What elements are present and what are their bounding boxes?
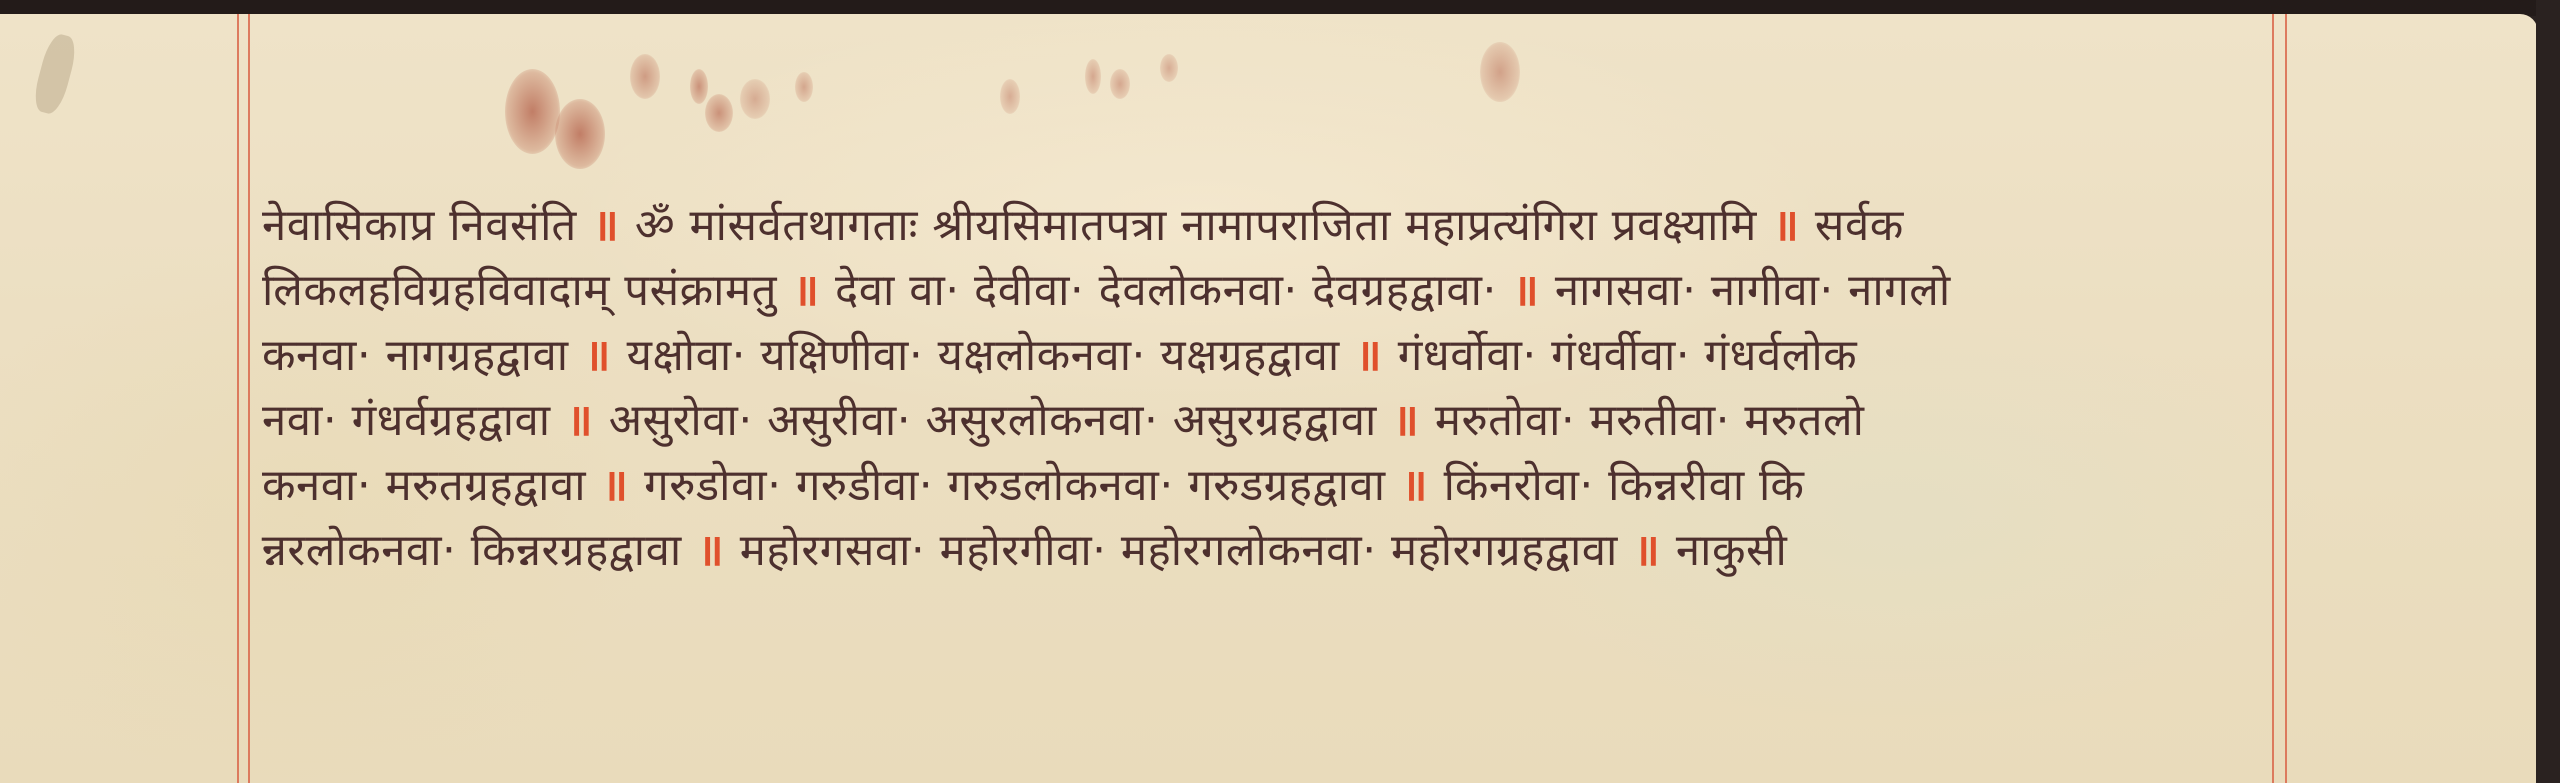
text-segment: ॐ मांसर्वतथागताः श्रीयसिमातपत्रा नामापरा… [635,200,1757,251]
text-segment: असुरोवा· असुरीवा· असुरलोकनवा· असुरग्रहद्… [609,395,1377,446]
double-danda-rubric: ॥ [1757,200,1815,251]
double-danda-rubric: ॥ [682,525,740,576]
paper-stain [1480,42,1520,102]
paper-stain [1000,79,1020,114]
text-segment: नागसवा· नागीवा· नागलो [1555,265,1951,316]
text-segment: नेवासिकाप्र निवसंति [262,200,577,251]
text-segment: किंनरोवा· किन्नरीवा कि [1444,460,1805,511]
manuscript-text: नेवासिकाप्र निवसंति ॥ ॐ मांसर्वतथागताः श… [262,196,2272,586]
paper-stain [795,72,813,102]
manuscript-line: लिकलहविग्रहविवादाम् पसंक्रामतु ॥ देवा वा… [262,261,2257,326]
paper-stain [30,31,80,116]
double-danda-rubric: ॥ [777,265,835,316]
manuscript-line: नेवासिकाप्र निवसंति ॥ ॐ मांसर्वतथागताः श… [262,196,2257,261]
text-segment: गरुडोवा· गरुडीवा· गरुडलोकनवा· गरुडग्रहद्… [644,460,1385,511]
margin-rule-right-outer [2285,14,2287,783]
manuscript-line: कनवा· नागग्रहद्वावा ॥ यक्षोवा· यक्षिणीवा… [262,326,2257,391]
paper-stain [1110,69,1130,99]
text-segment: नाकुसी [1676,525,1787,576]
text-segment: कनवा· मरुतग्रहद्वावा [262,460,586,511]
margin-rule-left-outer [237,14,239,783]
manuscript-line: नवा· गंधर्वग्रहद्वावा ॥ असुरोवा· असुरीवा… [262,391,2257,456]
manuscript-line: न्नरलोकनवा· किन्नरग्रहद्वावा ॥ महोरगसवा·… [262,521,2257,586]
paper-stain [555,99,605,169]
text-segment: देवा वा· देवीवा· देवलोकनवा· देवग्रहद्वाव… [835,265,1497,316]
paper-stain [1085,59,1101,94]
text-segment: लिकलहविग्रहविवादाम् पसंक्रामतु [262,265,777,316]
text-segment: कनवा· नागग्रहद्वावा [262,330,569,381]
paper-stain [740,79,770,119]
text-segment: महोरगसवा· महोरगीवा· महोरगलोकनवा· महोरगग्… [740,525,1618,576]
paper-stain [505,69,560,154]
double-danda-rubric: ॥ [551,395,609,446]
text-segment: यक्षोवा· यक्षिणीवा· यक्षलोकनवा· यक्षग्रह… [627,330,1340,381]
double-danda-rubric: ॥ [577,200,635,251]
text-segment: सर्वक [1815,200,1904,251]
double-danda-rubric: ॥ [1340,330,1398,381]
double-danda-rubric: ॥ [586,460,644,511]
paper-stain [630,54,660,99]
paper-stain [690,69,708,104]
manuscript-line: कनवा· मरुतग्रहद्वावा ॥ गरुडोवा· गरुडीवा·… [262,456,2257,521]
text-segment: गंधर्वोवा· गंधर्वीवा· गंधर्वलोक [1398,330,1857,381]
text-segment: न्नरलोकनवा· किन्नरग्रहद्वावा [262,525,682,576]
text-segment: मरुतोवा· मरुतीवा· मरुतलो [1435,395,1865,446]
paper-stain [1160,54,1178,82]
margin-rule-right-inner [2272,14,2274,783]
double-danda-rubric: ॥ [569,330,627,381]
text-segment: नवा· गंधर्वग्रहद्वावा [262,395,551,446]
double-danda-rubric: ॥ [1497,265,1555,316]
double-danda-rubric: ॥ [1618,525,1676,576]
double-danda-rubric: ॥ [1386,460,1444,511]
scan-background-right [2536,0,2560,783]
paper-stain [705,94,733,132]
double-danda-rubric: ॥ [1377,395,1435,446]
margin-rule-left-inner [248,14,250,783]
